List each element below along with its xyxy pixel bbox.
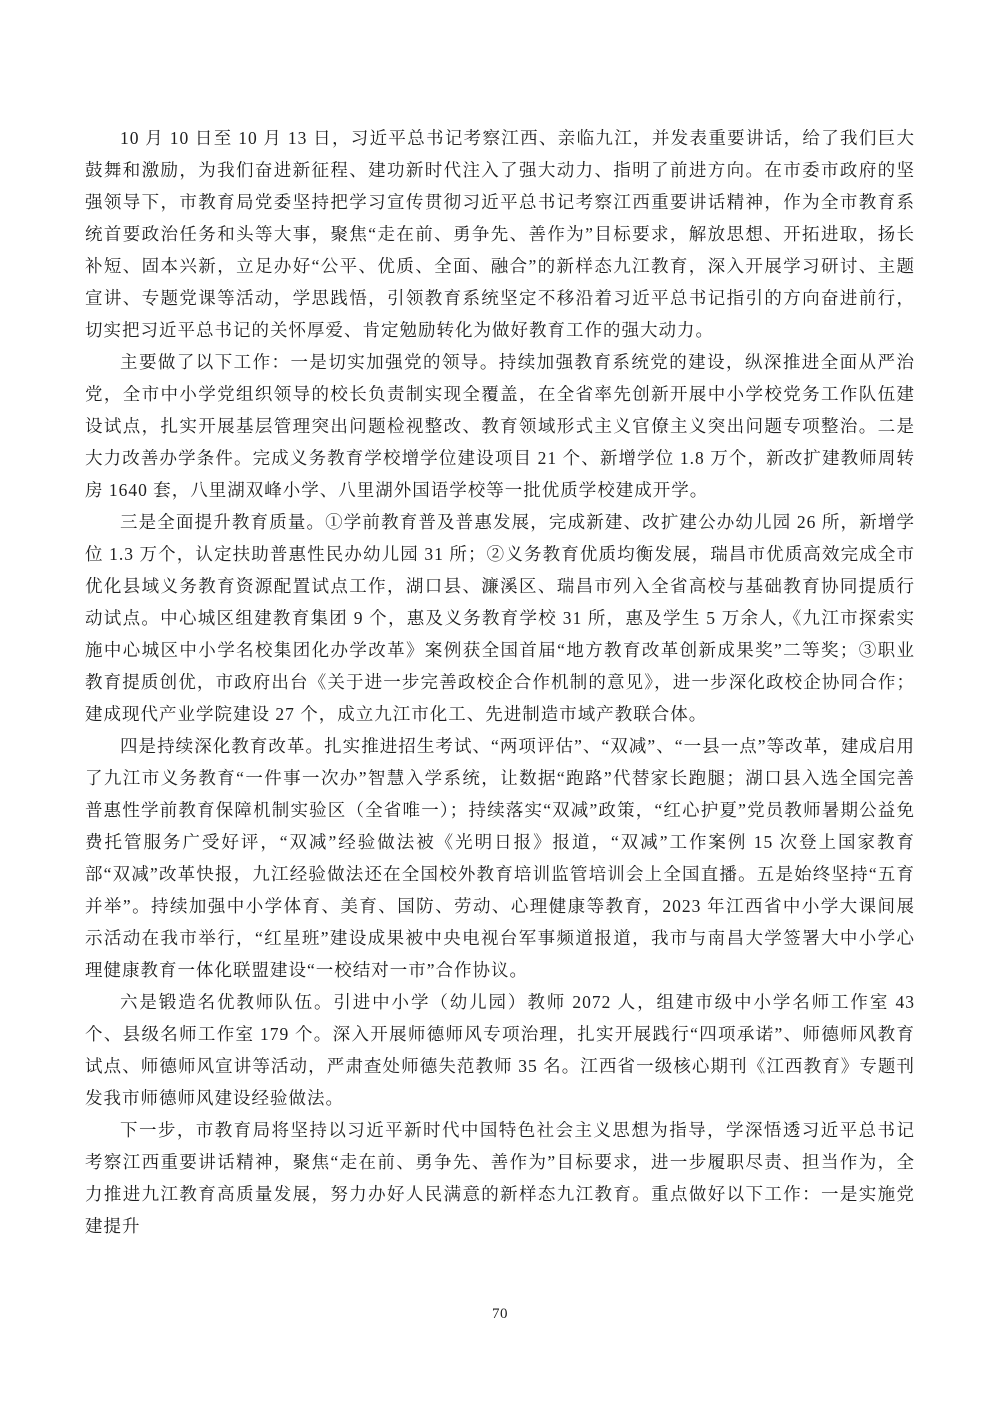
page-number: 70 — [492, 1306, 508, 1322]
document-body: 10 月 10 日至 10 月 13 日，习近平总书记考察江西、亲临九江，并发表… — [85, 122, 915, 1242]
paragraph-next-steps: 下一步，市教育局将坚持以习近平新时代中国特色社会主义思想为指导，学深悟透习近平总… — [85, 1114, 915, 1242]
paragraph-teacher-team-building: 六是锻造名优教师队伍。引进中小学（幼儿园）教师 2072 人，组建市级中小学名师… — [85, 986, 915, 1114]
paragraph-education-quality: 三是全面提升教育质量。①学前教育普及普惠发展，完成新建、改扩建公办幼儿园 26 … — [85, 506, 915, 730]
page-footer: 70 — [0, 1305, 1000, 1323]
paragraph-education-reform-five-educations: 四是持续深化教育改革。扎实推进招生考试、“两项评估”、“双减”、“一县一点”等改… — [85, 730, 915, 986]
paragraph-party-leadership-and-school-conditions: 主要做了以下工作：一是切实加强党的领导。持续加强教育系统党的建设，纵深推进全面从… — [85, 346, 915, 506]
paragraph-intro-inspection-speech: 10 月 10 日至 10 月 13 日，习近平总书记考察江西、亲临九江，并发表… — [85, 122, 915, 346]
document-page: 10 月 10 日至 10 月 13 日，习近平总书记考察江西、亲临九江，并发表… — [0, 0, 1000, 1414]
